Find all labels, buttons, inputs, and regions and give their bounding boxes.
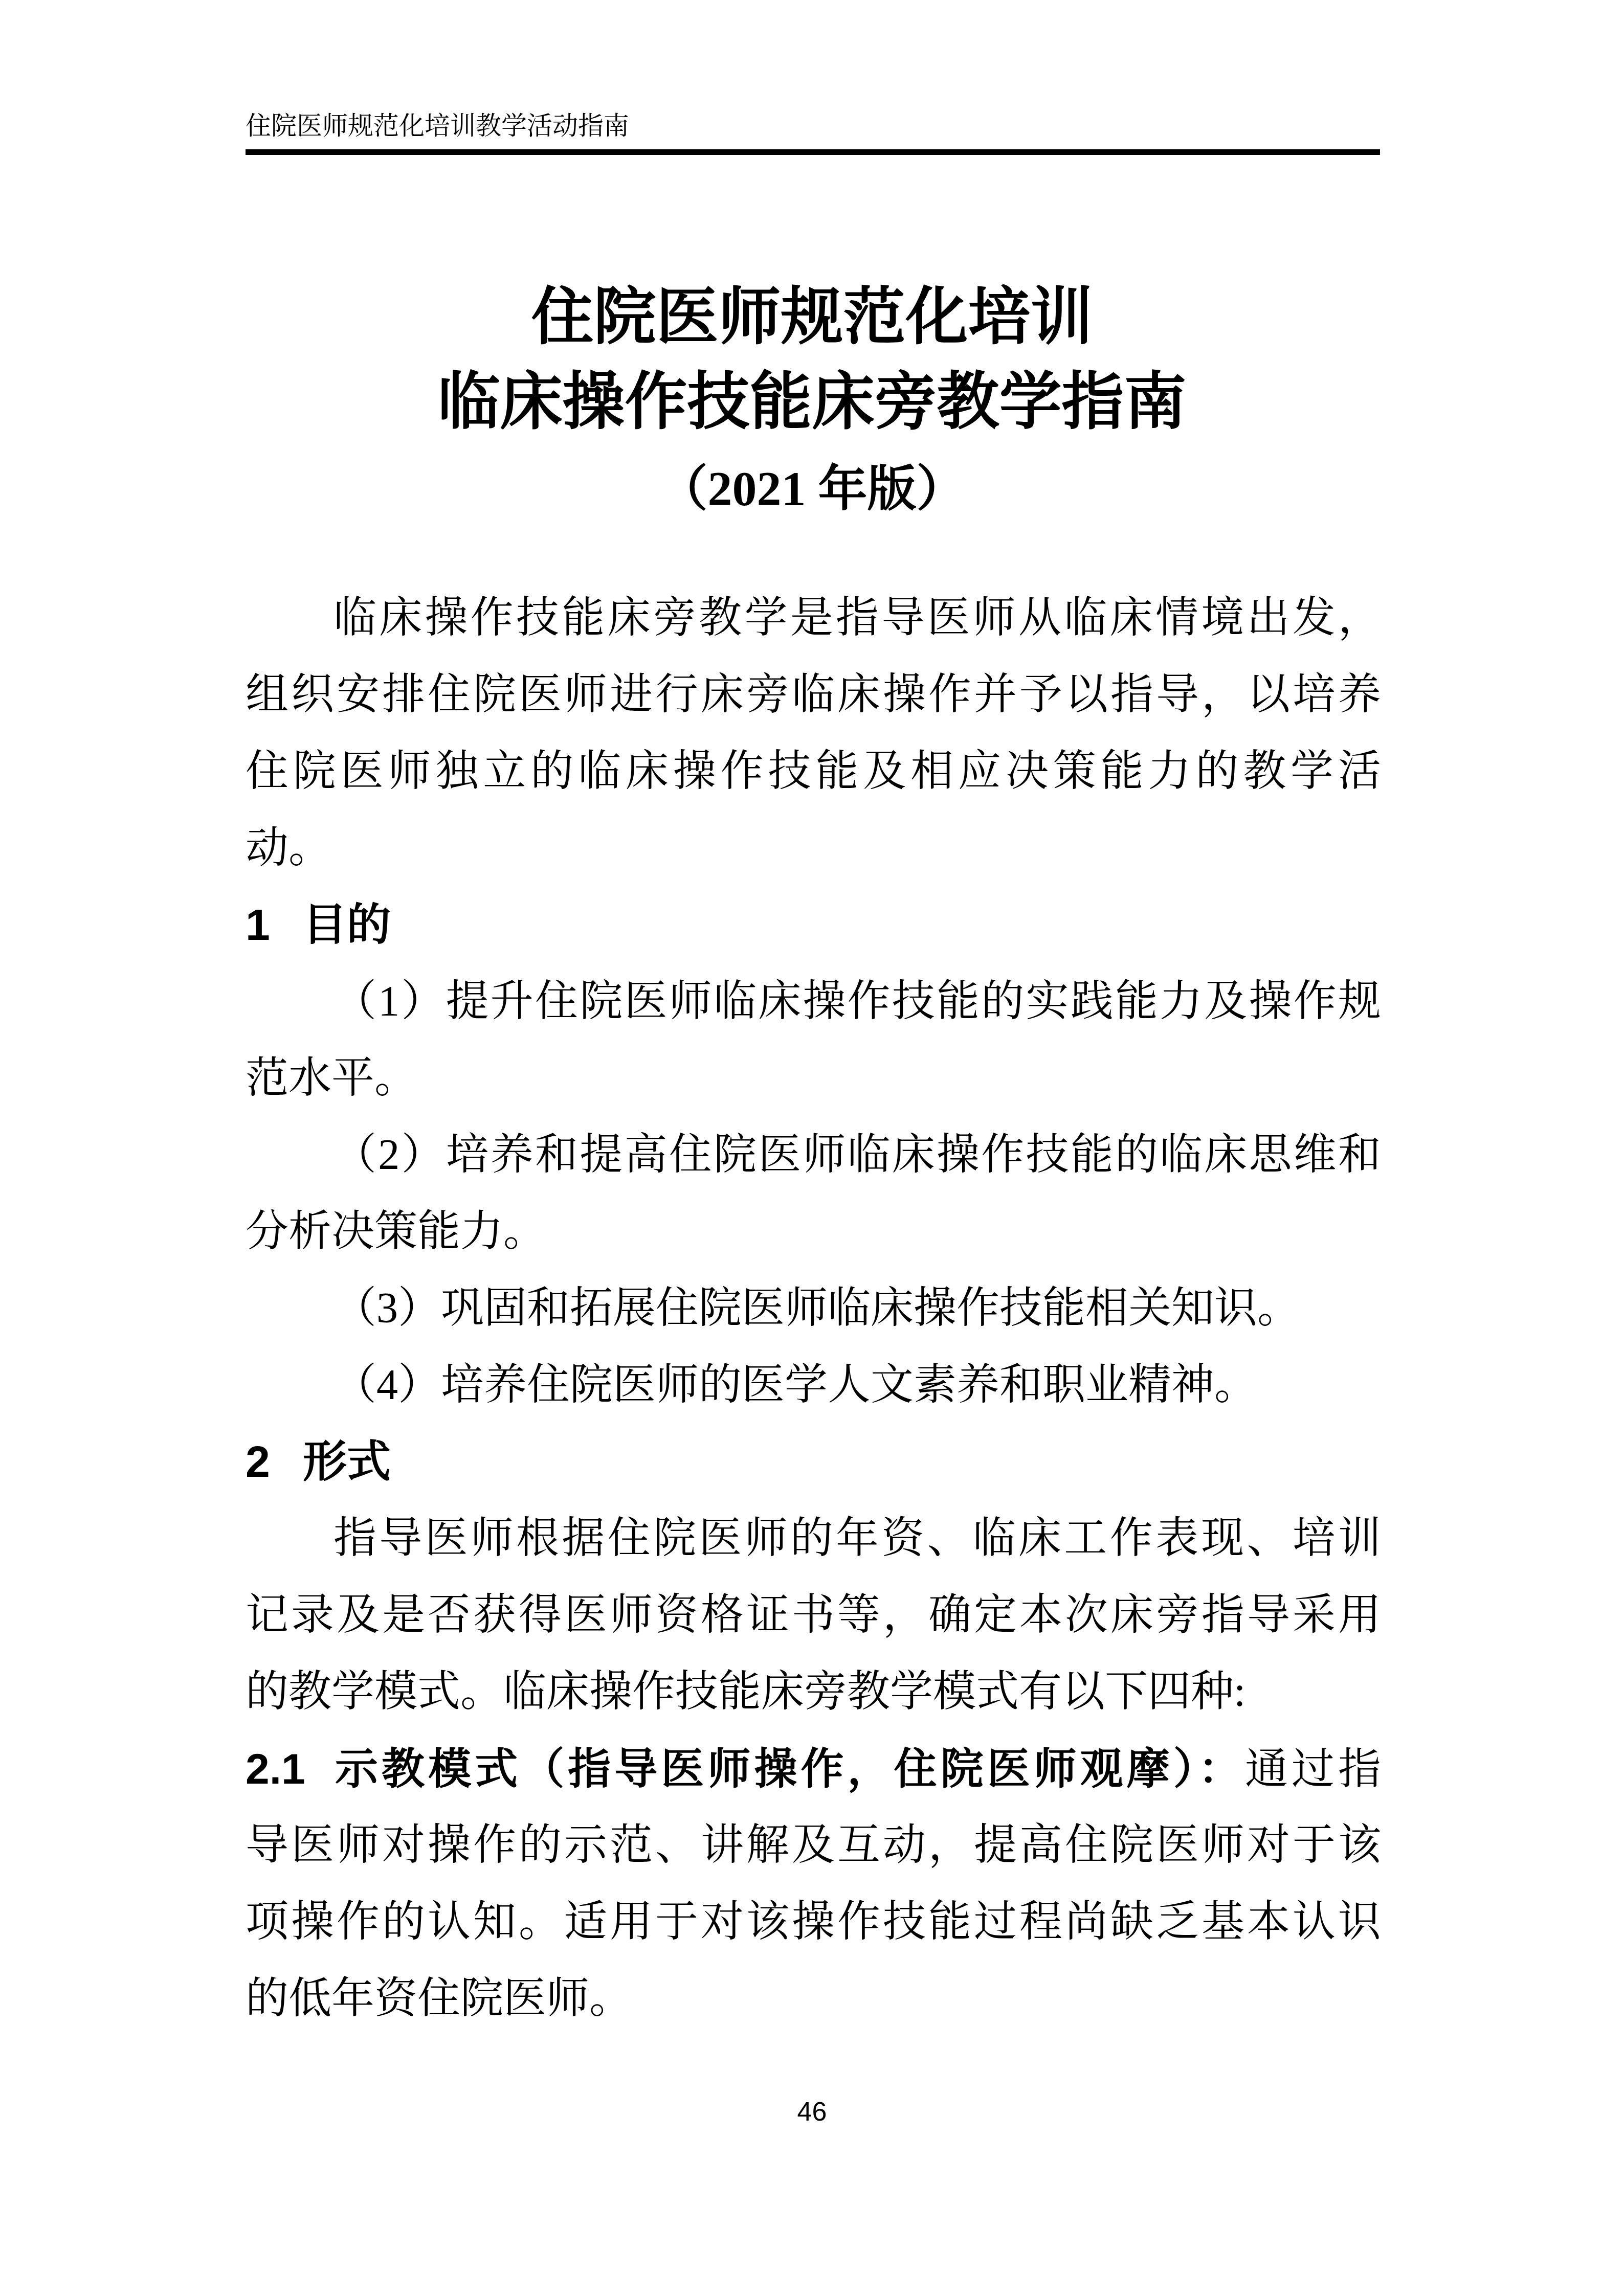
running-header: 住院医师规范化培训教学活动指南 bbox=[246, 109, 629, 142]
mode-1-number: 2.1 bbox=[246, 1730, 331, 1807]
section-1-item-line: （1）提升住院医师临床操作技能的实践能力及操作规 bbox=[246, 963, 1381, 1040]
section-1-item-line: 范水平。 bbox=[246, 1040, 1381, 1117]
section-1-item-line: （2）培养和提高住院医师临床操作技能的临床思维和 bbox=[246, 1117, 1381, 1194]
section-2-title: 形式 bbox=[303, 1437, 391, 1487]
section-2-number: 2 bbox=[246, 1424, 303, 1500]
intro-line: 临床操作技能床旁教学是指导医师从临床情境出发， bbox=[246, 580, 1381, 657]
section-1-item-line: （4）培养住院医师的医学人文素养和职业精神。 bbox=[246, 1347, 1381, 1424]
intro-line: 动。 bbox=[246, 810, 1381, 887]
section-2-paragraph-line: 的教学模式。临床操作技能床旁教学模式有以下四种: bbox=[246, 1654, 1381, 1730]
section-2-paragraph-line: 记录及是否获得医师资格证书等，确定本次床旁指导采用 bbox=[246, 1577, 1381, 1654]
section-1-heading: 1目的 bbox=[246, 887, 1381, 963]
intro-line: 组织安排住院医师进行床旁临床操作并予以指导，以培养 bbox=[246, 657, 1381, 733]
section-1-item-line: （3）巩固和拓展住院医师临床操作技能相关知识。 bbox=[246, 1270, 1381, 1347]
section-1-number: 1 bbox=[246, 887, 303, 963]
section-1-title: 目的 bbox=[303, 901, 391, 950]
intro-line: 住院医师独立的临床操作技能及相应决策能力的教学活 bbox=[246, 733, 1381, 810]
title-line-3: （2021 年版） bbox=[0, 446, 1624, 532]
title-line-2: 临床操作技能床旁教学指南 bbox=[0, 359, 1624, 446]
document-title: 住院医师规范化培训 临床操作技能床旁教学指南 （2021 年版） bbox=[0, 276, 1624, 532]
mode-1-bold-title: 示教模式（指导医师操作，住院医师观摩）： bbox=[331, 1745, 1245, 1793]
section-1-item-line: 分析决策能力。 bbox=[246, 1194, 1381, 1270]
section-2-paragraph-line: 指导医师根据住院医师的年资、临床工作表现、培训 bbox=[246, 1500, 1381, 1577]
page-number: 46 bbox=[0, 2096, 1624, 2128]
mode-1-line: 的低年资住院医师。 bbox=[246, 1961, 1381, 2037]
mode-1-line: 2.1示教模式（指导医师操作，住院医师观摩）：通过指 bbox=[246, 1730, 1381, 1807]
mode-1-text: 通过指 bbox=[1245, 1746, 1381, 1793]
section-2-heading: 2形式 bbox=[246, 1424, 1381, 1500]
body-text: 临床操作技能床旁教学是指导医师从临床情境出发， 组织安排住院医师进行床旁临床操作… bbox=[246, 580, 1381, 2037]
mode-1-line: 导医师对操作的示范、讲解及互动，提高住院医师对于该 bbox=[246, 1807, 1381, 1884]
document-page: 住院医师规范化培训教学活动指南 住院医师规范化培训 临床操作技能床旁教学指南 （… bbox=[0, 0, 1624, 2296]
title-line-1: 住院医师规范化培训 bbox=[0, 276, 1624, 359]
mode-1-line: 项操作的认知。适用于对该操作技能过程尚缺乏基本认识 bbox=[246, 1884, 1381, 1961]
header-rule bbox=[246, 149, 1380, 155]
